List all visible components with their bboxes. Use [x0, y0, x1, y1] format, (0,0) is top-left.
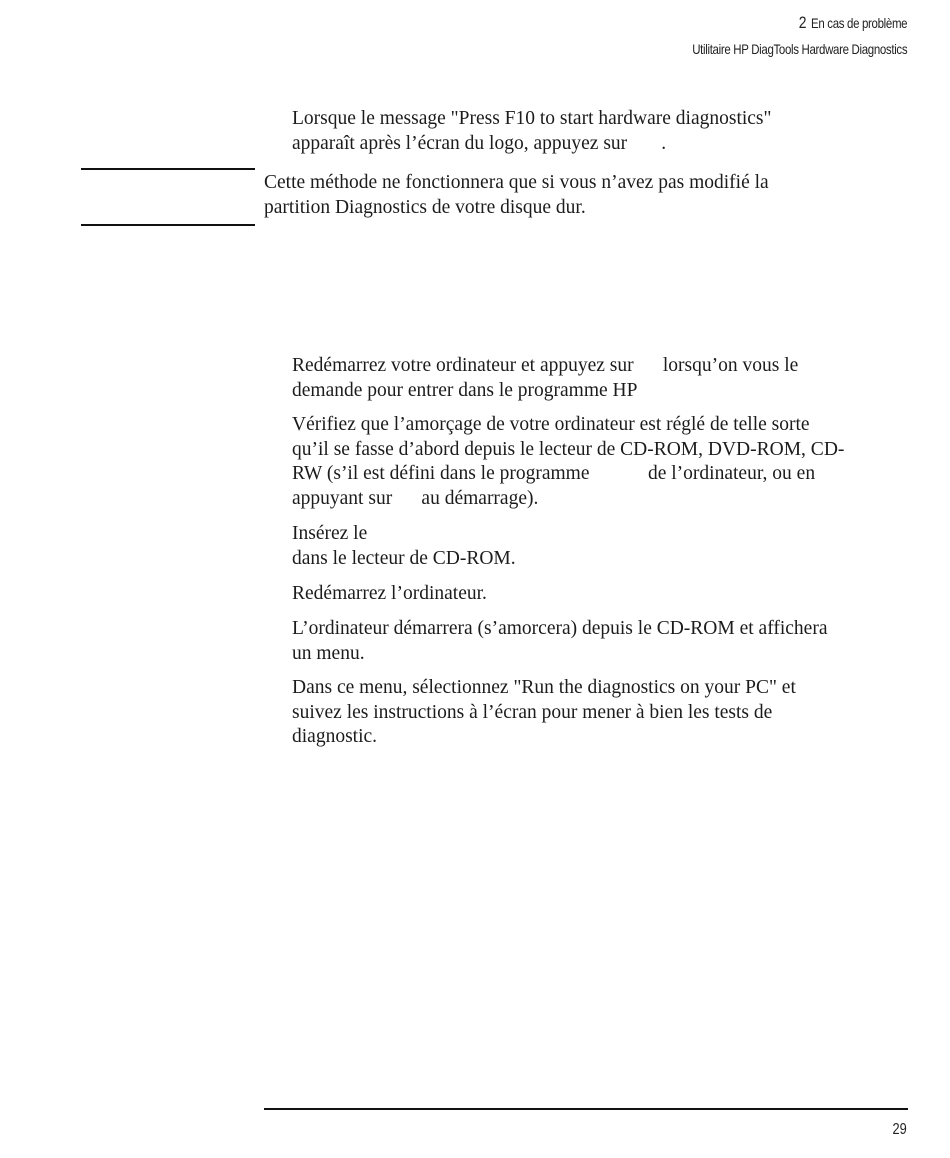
note-top-rule	[81, 168, 255, 170]
step-line: Redémarrez votre ordinateur et appuyez s…	[292, 354, 912, 379]
step-line: dans le lecteur de CD-ROM.	[292, 547, 912, 572]
page-number: 29	[893, 1121, 907, 1139]
step-paragraph: Vérifiez que l’amorçage de votre ordinat…	[292, 413, 912, 511]
intro-line-2: apparaît après l’écran du logo, appuyez …	[292, 132, 912, 157]
step-line: appuyant sur au démarrage).	[292, 487, 912, 512]
note-line-2: partition Diagnostics de votre disque du…	[264, 196, 884, 221]
step-line: Vérifiez que l’amorçage de votre ordinat…	[292, 413, 912, 438]
note-bottom-rule	[81, 224, 255, 226]
step-paragraph: Redémarrez votre ordinateur et appuyez s…	[292, 354, 912, 403]
running-header: 2En cas de problème Utilitaire HP DiagTo…	[692, 10, 907, 62]
step-line: Dans ce menu, sélectionnez "Run the diag…	[292, 676, 912, 701]
step-line: RW (s’il est défini dans le programme de…	[292, 462, 912, 487]
step-line: Insérez le	[292, 522, 912, 547]
step-paragraph: Insérez le dans le lecteur de CD-ROM.	[292, 522, 912, 571]
step-line: un menu.	[292, 642, 912, 667]
footer-rule	[264, 1108, 908, 1110]
step-line: qu’il se fasse d’abord depuis le lecteur…	[292, 438, 912, 463]
note-line-1: Cette méthode ne fonctionnera que si vou…	[264, 171, 884, 196]
chapter-title: En cas de problème	[811, 15, 907, 31]
step-paragraph: Redémarrez l’ordinateur.	[292, 582, 912, 607]
step-line: Redémarrez l’ordinateur.	[292, 582, 912, 607]
step-line: demande pour entrer dans le programme HP	[292, 379, 912, 404]
intro-paragraph: Lorsque le message "Press F10 to start h…	[292, 107, 912, 156]
step-paragraph: Dans ce menu, sélectionnez "Run the diag…	[292, 676, 912, 750]
intro-line-1: Lorsque le message "Press F10 to start h…	[292, 107, 912, 132]
section-title: Utilitaire HP DiagTools Hardware Diagnos…	[692, 36, 907, 62]
note-paragraph: Cette méthode ne fonctionnera que si vou…	[264, 171, 884, 220]
chapter-heading: 2En cas de problème	[692, 10, 907, 36]
step-paragraph: L’ordinateur démarrera (s’amorcera) depu…	[292, 617, 912, 666]
chapter-number: 2	[798, 13, 805, 32]
step-line: diagnostic.	[292, 725, 912, 750]
step-line: suivez les instructions à l’écran pour m…	[292, 701, 912, 726]
step-line: L’ordinateur démarrera (s’amorcera) depu…	[292, 617, 912, 642]
